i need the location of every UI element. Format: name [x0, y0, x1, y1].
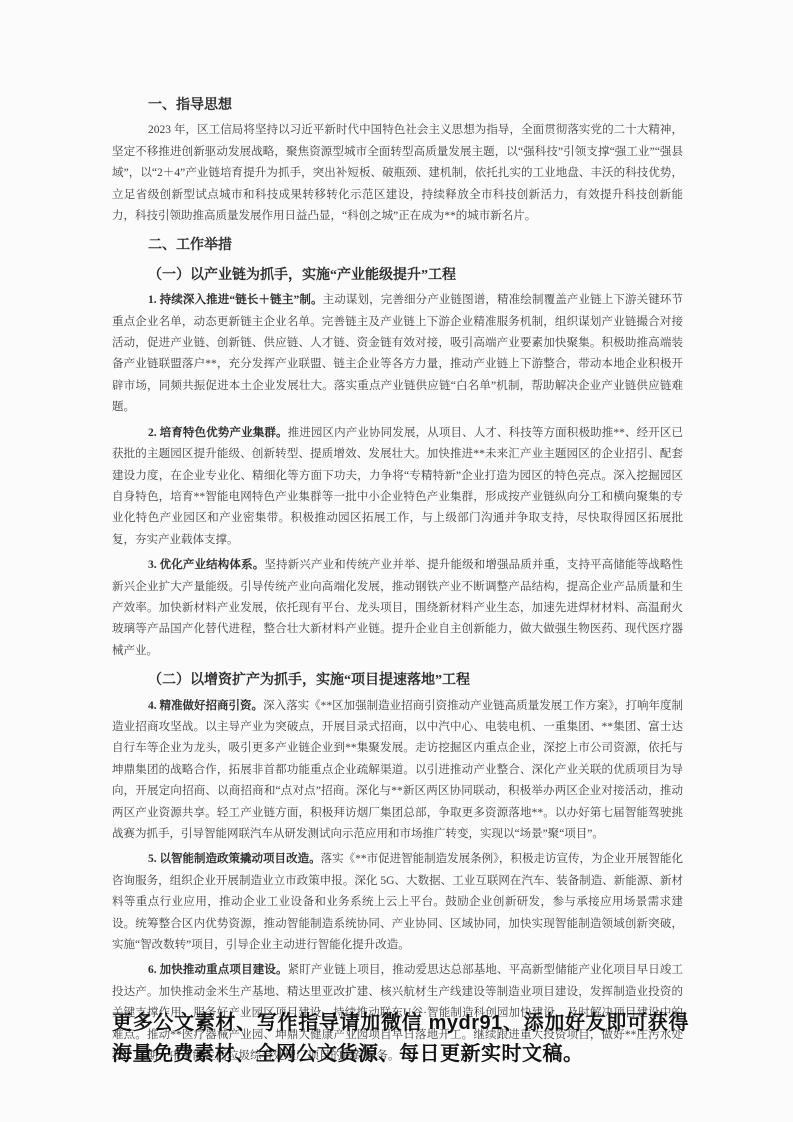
- work-item-4-lead: 4. 精准做好招商引资。: [148, 700, 263, 712]
- work-item-5-body: 落实《**市促进智能制造发展条例》，积极走访宣传，为企业开展智能化咨询服务，组织…: [112, 853, 683, 951]
- work-item-6-lead: 6. 加快推动重点项目建设。: [148, 964, 288, 976]
- work-item-3: 3. 优化产业结构体系。坚持新兴产业和传统产业并举、提升能级和增强品质并重，支持…: [112, 555, 683, 662]
- work-item-1-body: 主动谋划，完善细分产业链图谱，精准绘制覆盖产业链上下游关键环节重点企业名单，动态…: [112, 294, 683, 413]
- work-item-3-body: 坚持新兴产业和传统产业并举、提升能级和增强品质并重，支持平高储能等战略性新兴企业…: [112, 559, 683, 657]
- work-item-5-lead: 5. 以智能制造政策撬动项目改造。: [148, 853, 321, 865]
- promo-footer-text: 更多公文素材、写作指导请加微信 mydr91、添加好友即可获得海量免费素材、全网…: [112, 1008, 689, 1070]
- work-item-1: 1. 持续深入推进“链长＋链主”制。主动谋划，完善细分产业链图谱，精准绘制覆盖产…: [112, 290, 683, 418]
- document-body: 一、指导思想 2023 年，区工信局将坚持以习近平新时代中国特色社会主义思想为指…: [112, 95, 683, 1071]
- work-item-4-body: 深入落实《**区加强制造业招商引资推动产业链高质量发展工作方案》，打响年度制造业…: [112, 700, 683, 840]
- work-item-3-lead: 3. 优化产业结构体系。: [148, 559, 264, 571]
- work-item-5: 5. 以智能制造政策撬动项目改造。落实《**市促进智能制造发展条例》，积极走访宣…: [112, 849, 683, 956]
- work-item-2: 2. 培育特色优势产业集群。推进园区内产业协同发展，从项目、人才、科技等方面积极…: [112, 423, 683, 551]
- section-heading-work-measures: 二、工作举措: [112, 235, 683, 256]
- work-item-4: 4. 精准做好招商引资。深入落实《**区加强制造业招商引资推动产业链高质量发展工…: [112, 696, 683, 846]
- work-item-1-lead: 1. 持续深入推进“链长＋链主”制。: [148, 294, 323, 306]
- work-item-2-lead: 2. 培育特色优势产业集群。: [148, 427, 288, 439]
- work-item-2-body: 推进园区内产业协同发展，从项目、人才、科技等方面积极助推**、经开区已获批的主题…: [112, 427, 683, 546]
- document-page: 一、指导思想 2023 年，区工信局将坚持以习近平新时代中国特色社会主义思想为指…: [0, 0, 793, 1122]
- subsection-heading-investment-expansion: （二）以增资扩产为抓手，实施“项目提速落地”工程: [112, 670, 683, 691]
- subsection-heading-industry-chain: （一）以产业链为抓手，实施“产业能级提升”工程: [112, 265, 683, 286]
- section-heading-guiding-ideology: 一、指导思想: [112, 95, 683, 116]
- intro-paragraph: 2023 年，区工信局将坚持以习近平新时代中国特色社会主义思想为指导，全面贯彻落…: [112, 120, 683, 227]
